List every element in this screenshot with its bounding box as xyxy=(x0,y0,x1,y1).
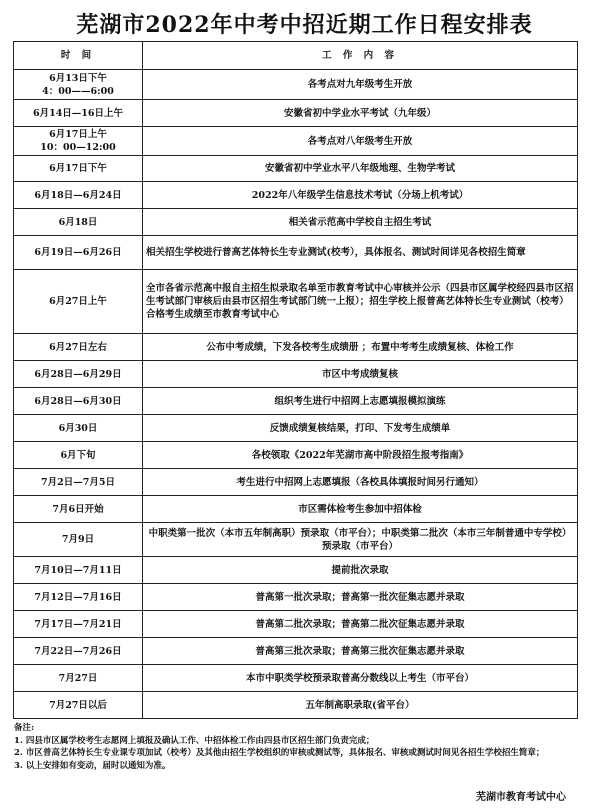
row-content: 市区中考成绩复核 xyxy=(143,361,578,388)
table-row: 7月17日—7月21日普高第二批次录取；普高第二批次征集志愿并录取 xyxy=(14,611,578,638)
table-row: 6月19日—6月26日相关招生学校进行普高艺体特长生专业测试(校考），具体报名、… xyxy=(14,236,578,270)
row-content: 2022年八年级学生信息技术考试（分场上机考试） xyxy=(143,182,578,209)
table-row: 7月10日—7月11日提前批次录取 xyxy=(14,557,578,584)
row-time: 6月28日—6月29日 xyxy=(14,361,143,388)
row-time: 6月13日下午 4：00——6:00 xyxy=(14,70,143,100)
row-content: 安徽省初中学业水平考试（九年级） xyxy=(143,100,578,127)
table-row: 7月27日本市中职类学校预录取普高分数线以上考生（市平台） xyxy=(14,665,578,692)
note-item: 2. 市区普高艺体特长生专业课专项加试（校考）及其他由招生学校组织的审核或测试等… xyxy=(14,747,544,760)
header-time: 时 间 xyxy=(14,42,143,70)
row-time: 7月9日 xyxy=(14,523,143,557)
table-header-row: 时 间 工 作 内 容 xyxy=(14,42,578,70)
row-content: 普高第一批次录取；普高第一批次征集志愿并录取 xyxy=(143,584,578,611)
row-time: 6月19日—6月26日 xyxy=(14,236,143,270)
row-time: 6月下旬 xyxy=(14,442,143,469)
row-time: 6月18日 xyxy=(14,209,143,236)
row-content: 安徽省初中学业水平八年级地理、生物学考试 xyxy=(143,156,578,182)
header-content: 工 作 内 容 xyxy=(143,42,578,70)
table-row: 6月30日反馈成绩复核结果，打印、下发考生成绩单 xyxy=(14,415,578,442)
row-time: 7月27日 xyxy=(14,665,143,692)
row-time: 6月18日—6月24日 xyxy=(14,182,143,209)
row-time: 6月27日左右 xyxy=(14,334,143,361)
row-content: 提前批次录取 xyxy=(143,557,578,584)
row-content: 相关招生学校进行普高艺体特长生专业测试(校考），具体报名、测试时间详见各校招生简… xyxy=(143,236,578,270)
table-row: 7月12日—7月16日普高第一批次录取；普高第一批次征集志愿并录取 xyxy=(14,584,578,611)
row-time: 7月27日以后 xyxy=(14,692,143,719)
note-item: 1. 四县市区属学校考生志愿网上填报及确认工作、中招体检工作由四县市区招生部门负… xyxy=(14,735,544,748)
row-time: 7月10日—7月11日 xyxy=(14,557,143,584)
row-time: 7月22日—7月26日 xyxy=(14,638,143,665)
row-time: 6月14日—16日上午 xyxy=(14,100,143,127)
row-time: 6月30日 xyxy=(14,415,143,442)
row-content: 公布中考成绩，下发各校考生成绩册 ；布置中考考生成绩复核、体检工作 xyxy=(143,334,578,361)
row-content: 市区需体检考生参加中招体检 xyxy=(143,496,578,523)
row-content: 组织考生进行中招网上志愿填报模拟演练 xyxy=(143,388,578,415)
schedule-rows: 6月13日下午 4：00——6:00各考点对九年级考生开放6月14日—16日上午… xyxy=(14,70,578,719)
table-row: 7月22日—7月26日普高第三批次录取；普高第三批次征集志愿并录取 xyxy=(14,638,578,665)
row-content: 相关省示范高中学校自主招生考试 xyxy=(143,209,578,236)
row-time: 6月27日上午 xyxy=(14,270,143,334)
row-time: 6月28日—6月30日 xyxy=(14,388,143,415)
table-row: 6月28日—6月30日组织考生进行中招网上志愿填报模拟演练 xyxy=(14,388,578,415)
table-row: 6月27日左右公布中考成绩，下发各校考生成绩册 ；布置中考考生成绩复核、体检工作 xyxy=(14,334,578,361)
row-time: 6月17日下午 xyxy=(14,156,143,182)
row-content: 普高第三批次录取；普高第三批次征集志愿并录取 xyxy=(143,638,578,665)
row-time: 7月6日开始 xyxy=(14,496,143,523)
row-content: 各考点对八年级考生开放 xyxy=(143,127,578,156)
document-title: 芜湖市2022年中考中招近期工作日程安排表 xyxy=(0,8,609,39)
row-content: 考生进行中招网上志愿填报（各校具体填报时间另行通知） xyxy=(143,469,578,496)
table-row: 6月14日—16日上午安徽省初中学业水平考试（九年级） xyxy=(14,100,578,127)
notes-section: 备注: 1. 四县市区属学校考生志愿网上填报及确认工作、中招体检工作由四县市区招… xyxy=(14,722,544,772)
table-row: 7月9日中职类第一批次（本市五年制高职）预录取（市平台）；中职类第二批次（本市三… xyxy=(14,523,578,557)
row-time: 7月2日—7月5日 xyxy=(14,469,143,496)
row-time: 6月17日上午 10：00—12:00 xyxy=(14,127,143,156)
table-row: 6月28日—6月29日市区中考成绩复核 xyxy=(14,361,578,388)
table-row: 6月下旬各校领取《2022年芜湖市高中阶段招生报考指南》 xyxy=(14,442,578,469)
table-row: 6月13日下午 4：00——6:00各考点对九年级考生开放 xyxy=(14,70,578,100)
table-row: 6月17日上午 10：00—12:00各考点对八年级考生开放 xyxy=(14,127,578,156)
table-row: 6月18日相关省示范高中学校自主招生考试 xyxy=(14,209,578,236)
note-item: 3. 以上安排如有变动，届时以通知为准。 xyxy=(14,760,544,773)
table-row: 6月17日下午安徽省初中学业水平八年级地理、生物学考试 xyxy=(14,156,578,182)
row-content: 五年制高职录取(省平台） xyxy=(143,692,578,719)
row-content: 本市中职类学校预录取普高分数线以上考生（市平台） xyxy=(143,665,578,692)
schedule-table: 时 间 工 作 内 容 6月13日下午 4：00——6:00各考点对九年级考生开… xyxy=(13,41,578,719)
table-row: 6月18日—6月24日2022年八年级学生信息技术考试（分场上机考试） xyxy=(14,182,578,209)
row-content: 各校领取《2022年芜湖市高中阶段招生报考指南》 xyxy=(143,442,578,469)
table-row: 7月27日以后五年制高职录取(省平台） xyxy=(14,692,578,719)
row-content: 全市各省示范高中报自主招生拟录取名单至市教育考试中心审核并公示（四县市区属学校经… xyxy=(143,270,578,334)
table-row: 7月2日—7月5日考生进行中招网上志愿填报（各校具体填报时间另行通知） xyxy=(14,469,578,496)
table-row: 6月27日上午全市各省示范高中报自主招生拟录取名单至市教育考试中心审核并公示（四… xyxy=(14,270,578,334)
row-content: 普高第二批次录取；普高第二批次征集志愿并录取 xyxy=(143,611,578,638)
row-time: 7月17日—7月21日 xyxy=(14,611,143,638)
table-row: 7月6日开始市区需体检考生参加中招体检 xyxy=(14,496,578,523)
row-content: 反馈成绩复核结果，打印、下发考生成绩单 xyxy=(143,415,578,442)
row-time: 7月12日—7月16日 xyxy=(14,584,143,611)
issuer-signoff: 芜湖市教育考试中心 xyxy=(476,788,566,803)
row-content: 中职类第一批次（本市五年制高职）预录取（市平台）；中职类第二批次（本市三年制普通… xyxy=(143,523,578,557)
notes-label: 备注: xyxy=(14,722,544,735)
row-content: 各考点对九年级考生开放 xyxy=(143,70,578,100)
